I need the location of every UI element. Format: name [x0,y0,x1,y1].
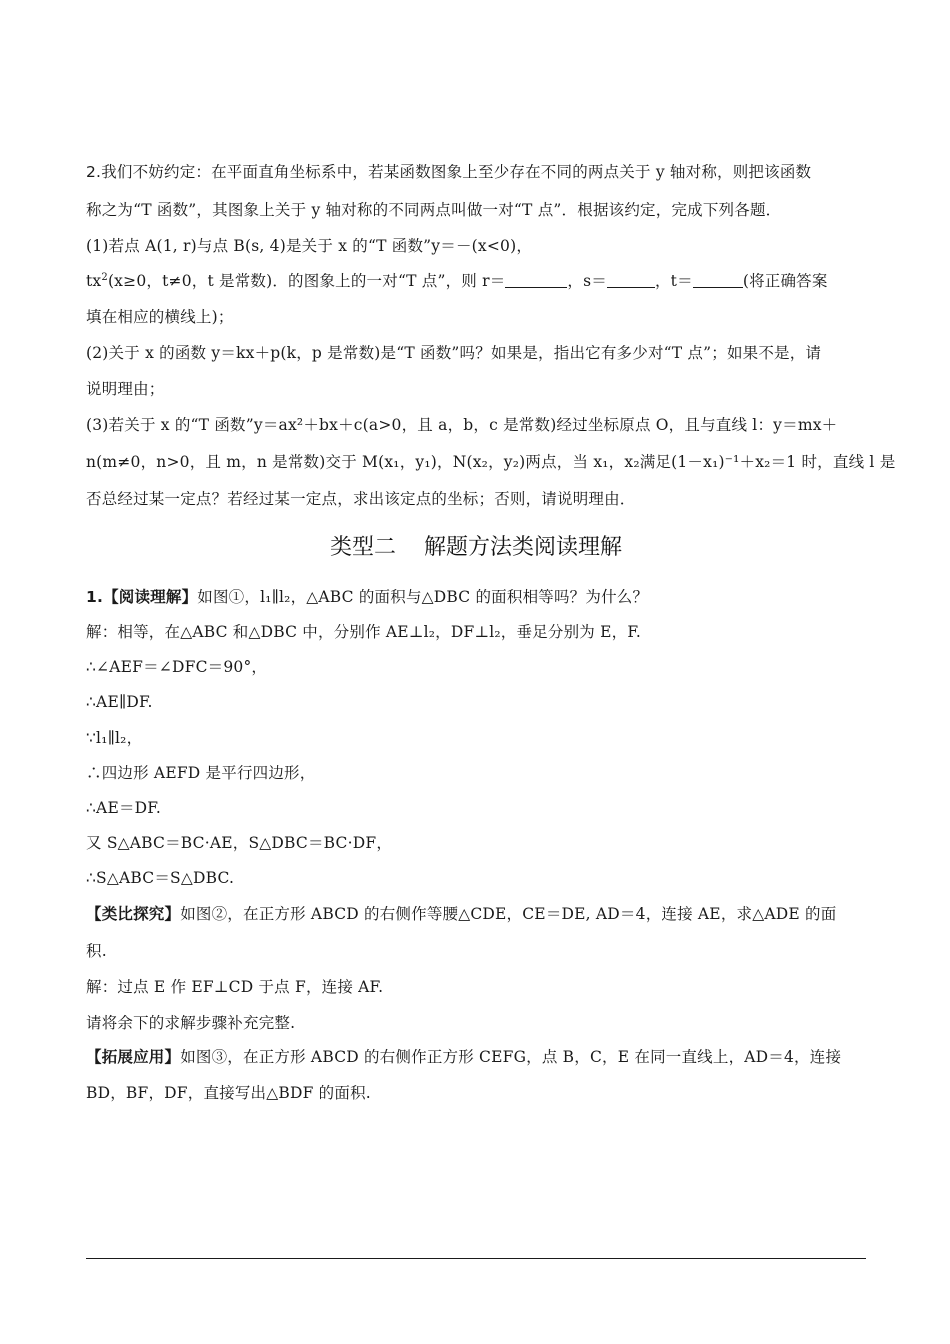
problem2-part2-line2: 说明理由； [86,378,165,400]
solution-line-5: ∴四边形 AEFD 是平行四边形， [86,762,315,784]
solution-line-8: ∴S△ABC＝S△DBC. [86,867,234,889]
problem2-part1-line2: tx2(x≥0，t≠0，t 是常数)．的图象上的一对“T 点”，则 r＝，s＝，… [86,270,828,292]
analogy-question-line1: 【类比探究】如图②，在正方形 ABCD 的右侧作等腰△CDE，CE＝DE, AD… [86,903,836,925]
solution-line-1: 解：相等，在△ABC 和△DBC 中，分别作 AE⊥l₂，DF⊥l₂，垂足分别为… [86,621,641,643]
extension-question-line2: BD，BF，DF，直接写出△BDF 的面积. [86,1082,371,1104]
problem-number: 2. [86,163,101,181]
problem2-part1-line3: 填在相应的横线上)； [86,306,234,328]
analogy-solution-line1: 解：过点 E 作 EF⊥CD 于点 F，连接 AF. [86,976,383,998]
solution-line-4: ∵l₁∥l₂， [86,727,142,749]
answer-blank-s[interactable] [607,273,655,288]
problem1-read-question: 1.【阅读理解】如图①，l₁∥l₂，△ABC 的面积与△DBC 的面积相等吗？为… [86,586,648,608]
problem2-line1: 2.我们不妨约定：在平面直角坐标系中，若某函数图象上至少存在不同的两点关于 y … [86,161,811,183]
analogy-solution-line2: 请将余下的求解步骤补充完整. [86,1012,295,1034]
tag-analogy-exploration: 【类比探究】 [86,905,180,923]
footer-divider [86,1258,866,1259]
answer-blank-t[interactable] [693,273,743,288]
section-heading: 类型二解题方法类阅读理解 [86,533,866,563]
problem2-part3-line3: 否总经过某一定点？若经过某一定点，求出该定点的坐标；否则，请说明理由． [86,488,636,510]
problem2-line2: 称之为“T 函数”，其图象上关于 y 轴对称的不同两点叫做一对“T 点”．根据该… [86,199,781,221]
problem2-part1-line1: (1)若点 A(1, r)与点 B(s, 4)是关于 x 的“T 函数”y＝－(… [86,235,532,257]
tag-extended-application: 【拓展应用】 [86,1048,180,1066]
problem2-part3-line1: (3)若关于 x 的“T 函数”y＝ax²＋bx＋c(a>0，且 a，b，c 是… [86,414,837,436]
solution-line-7: 又 S△ABC＝BC·AE，S△DBC＝BC·DF， [86,832,392,854]
tag-reading-comprehension: 1.【阅读理解】 [86,588,197,606]
solution-line-3: ∴AE∥DF. [86,691,153,713]
answer-blank-r[interactable] [505,273,567,288]
analogy-question-line2: 积. [86,940,107,962]
solution-line-6: ∴AE＝DF. [86,797,161,819]
extension-question-line1: 【拓展应用】如图③，在正方形 ABCD 的右侧作正方形 CEFG，点 B，C，E… [86,1046,841,1068]
problem2-part3-line2: n(m≠0，n>0，且 m，n 是常数)交于 M(x₁，y₁)，N(x₂，y₂)… [86,451,895,473]
solution-line-2: ∴∠AEF＝∠DFC＝90°， [86,656,267,678]
problem2-part2-line1: (2)关于 x 的函数 y＝kx＋p(k，p 是常数)是“T 函数”吗？如果是，… [86,342,821,364]
